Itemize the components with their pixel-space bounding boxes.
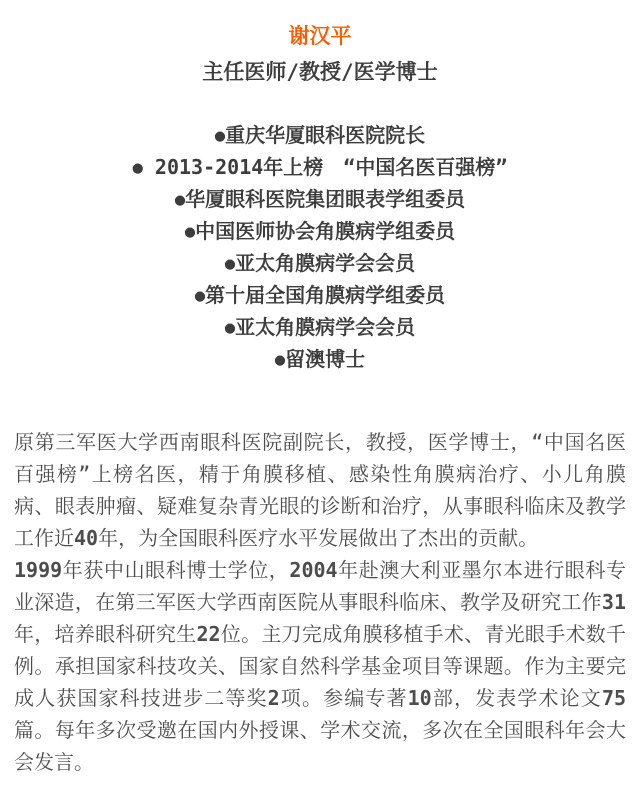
list-item: ●重庆华厦眼科医院院长 [0,120,640,152]
bio-paragraph-2: 1999年获中山眼科博士学位，2004年赴澳大利亚墨尔本进行眼科专业深造，在第三… [14,554,626,778]
list-item: ●第十届全国角膜病学组委员 [0,280,640,312]
bullet-icon: ● [185,217,195,248]
list-item: ●留澳博士 [0,344,640,376]
list-item: ●中国医师协会角膜病学组委员 [0,216,640,248]
list-item: ●亚太角膜病学会会员 [0,312,640,344]
credential-label: 亚太角膜病学会会员 [235,251,415,275]
list-item: ●华厦眼科医院集团眼表学组委员 [0,184,640,216]
doctor-name: 谢汉平 [0,24,640,48]
bullet-icon: ● [225,313,235,344]
profile-header: 谢汉平 主任医师/教授/医学博士 [0,0,640,84]
bullet-icon: ● [195,281,205,312]
bullet-icon: ● [215,121,225,152]
bio-paragraph-1: 原第三军医大学西南眼科医院副院长，教授，医学博士，“中国名医百强榜”上榜名医，精… [14,426,626,554]
bullet-icon: ● [275,345,285,376]
doctor-titles: 主任医师/教授/医学博士 [0,60,640,84]
doctor-profile-page: 谢汉平 主任医师/教授/医学博士 ●重庆华厦眼科医院院长 ● 2013-2014… [0,0,640,798]
bullet-icon: ● [133,153,143,184]
biography: 原第三军医大学西南眼科医院副院长，教授，医学博士，“中国名医百强榜”上榜名医，精… [14,426,626,778]
list-item: ● 2013-2014年上榜 “中国名医百强榜” [0,152,640,184]
credential-label: 留澳博士 [285,347,365,371]
credential-label: 中国医师协会角膜病学组委员 [195,219,455,243]
credential-label: 重庆华厦眼科医院院长 [225,123,425,147]
credential-label: 第十届全国角膜病学组委员 [205,283,445,307]
credential-label: 华厦眼科医院集团眼表学组委员 [185,187,465,211]
list-item: ●亚太角膜病学会会员 [0,248,640,280]
bullet-icon: ● [175,185,185,216]
bullet-icon: ● [225,249,235,280]
credential-label: 2013-2014年上榜 “中国名医百强榜” [143,155,508,179]
credentials-list: ●重庆华厦眼科医院院长 ● 2013-2014年上榜 “中国名医百强榜” ●华厦… [0,120,640,376]
credential-label: 亚太角膜病学会会员 [235,315,415,339]
